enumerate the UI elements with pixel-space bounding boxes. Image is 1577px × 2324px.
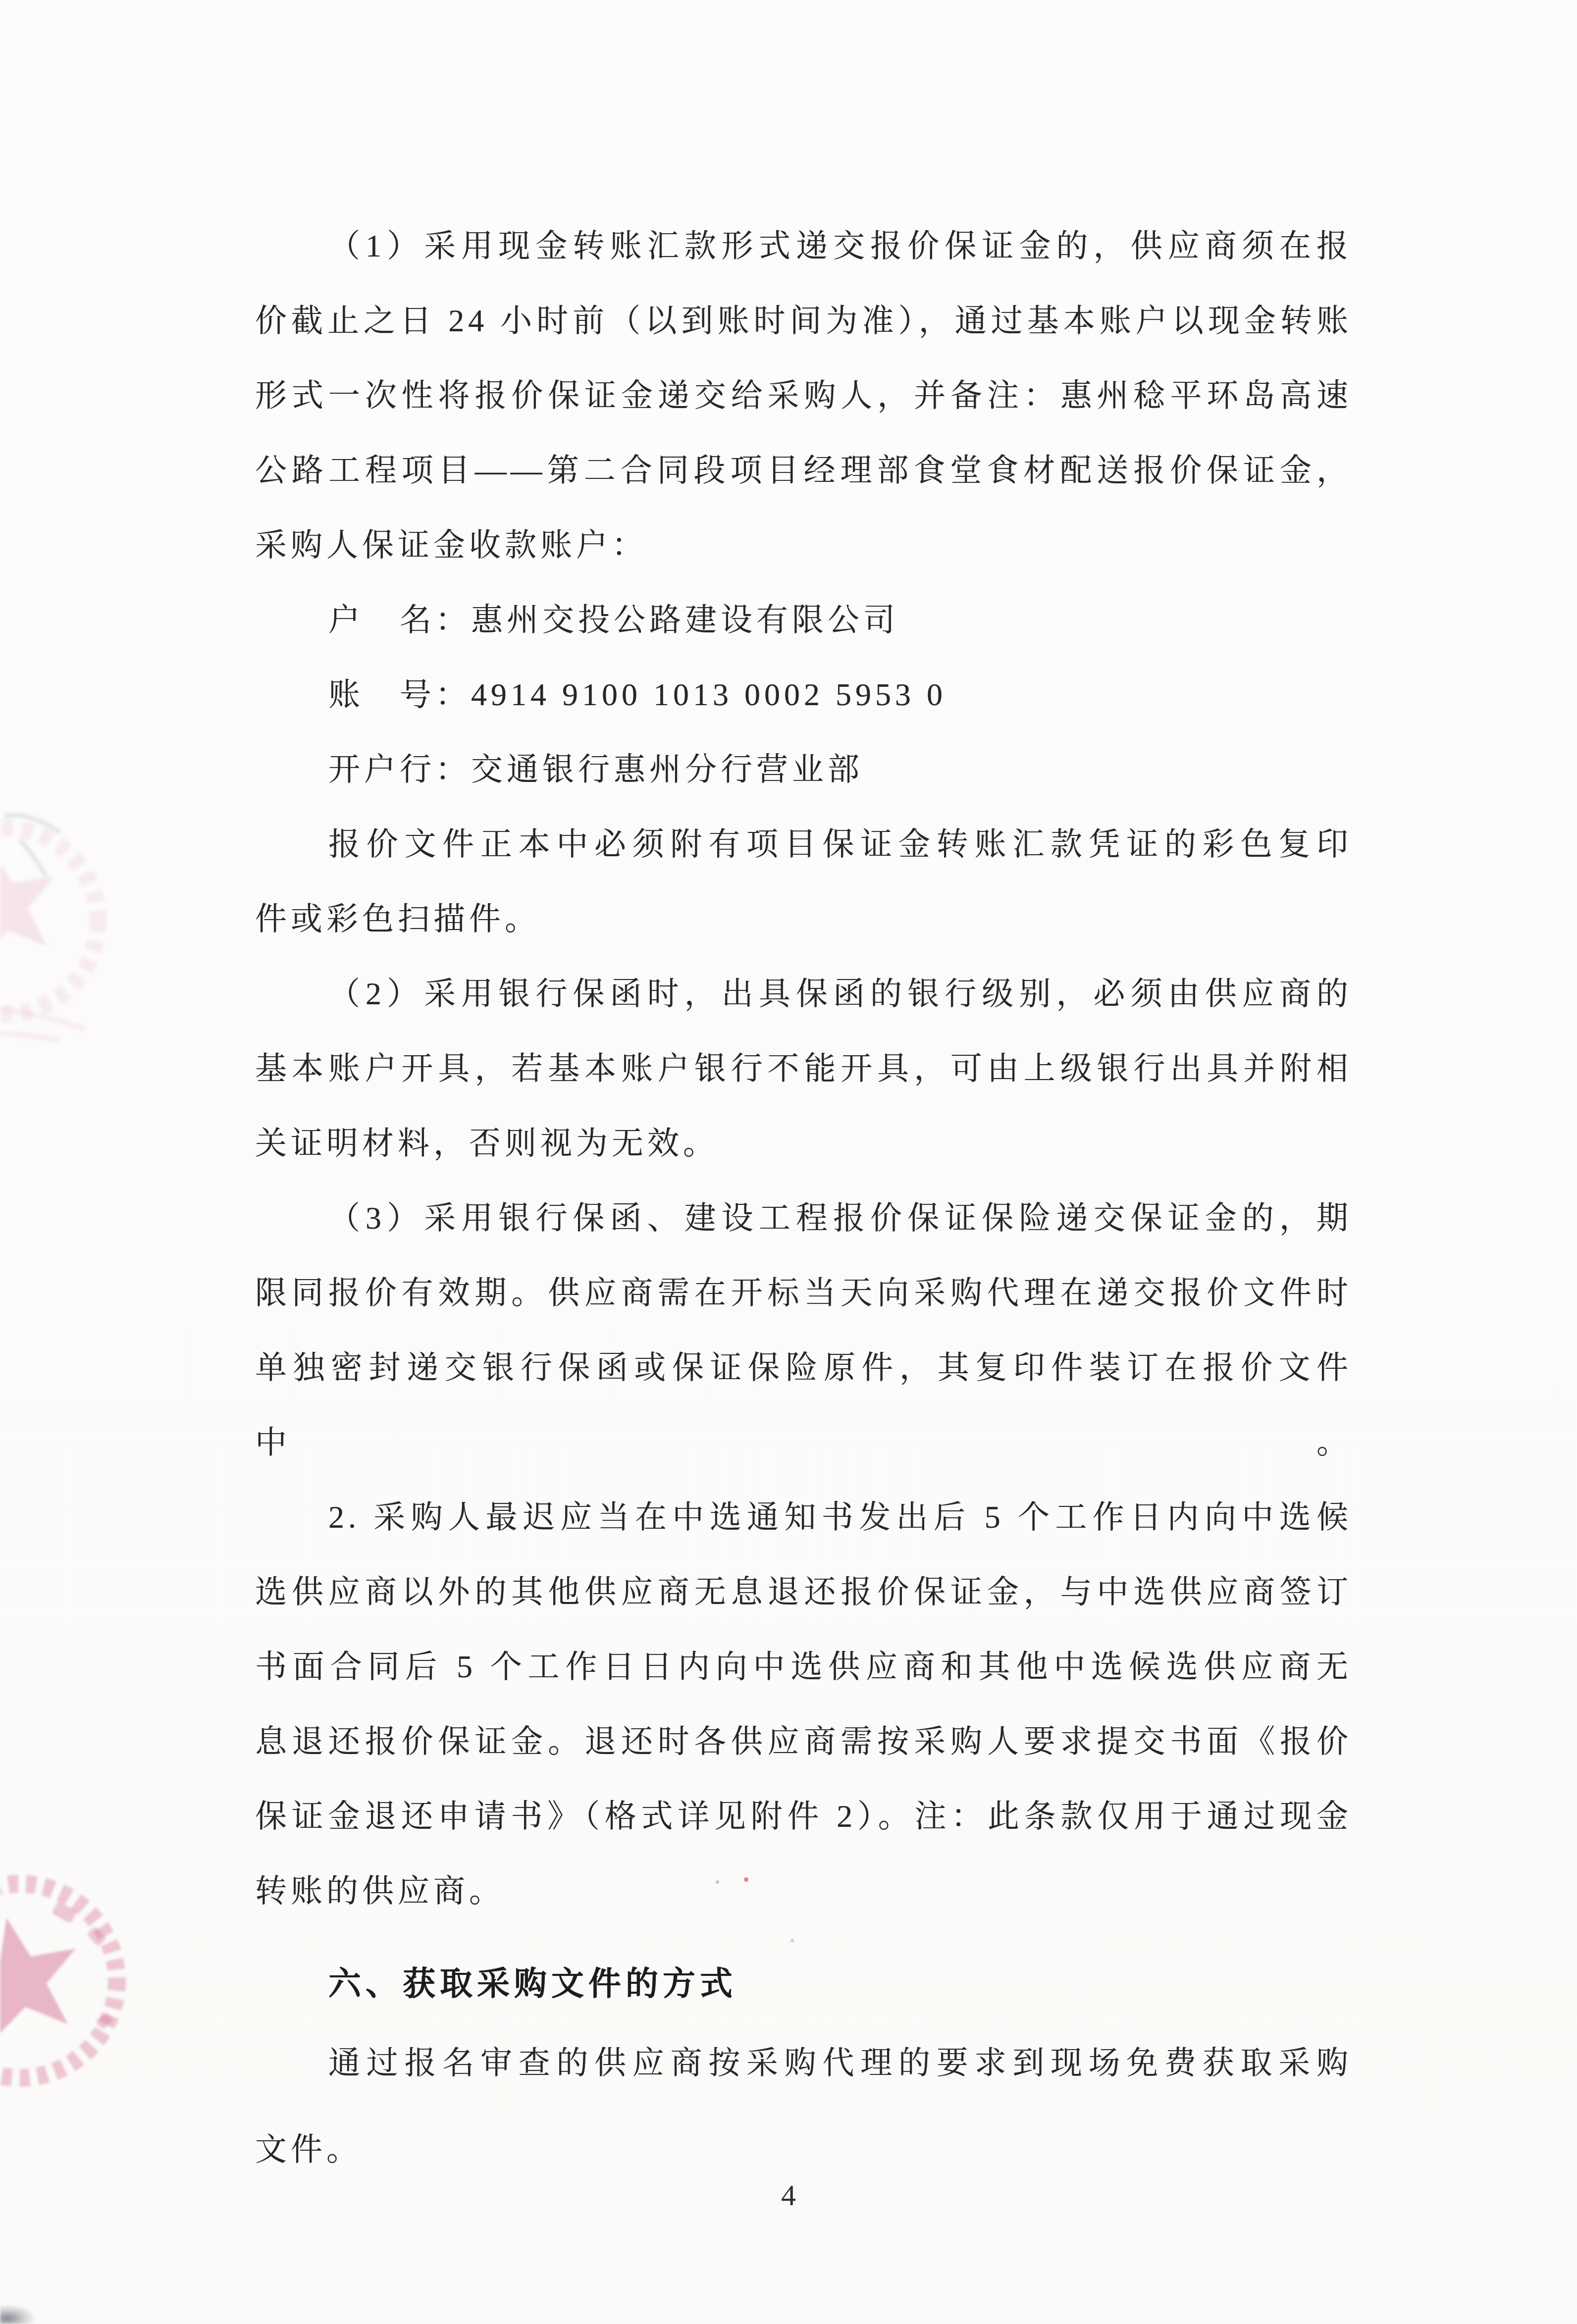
bank-branch-line: 开户行：交通银行惠州分行营业部 xyxy=(255,732,1352,807)
text-line: 转账的供应商。 xyxy=(255,1854,1352,1928)
text-line: 公路工程项目——第二合同段项目经理部食堂食材配送报价保证金， xyxy=(255,433,1352,508)
text-line: 通过报名审查的供应商按采购代理的要求到现场免费获取采购 xyxy=(255,2025,1352,2100)
seal-ring-dashes xyxy=(0,1884,117,2078)
section-heading: 六、获取采购文件的方式 xyxy=(255,1946,1352,2021)
text-line: 文件。 xyxy=(255,2112,1352,2187)
account-number-line: 账 号：4914 9100 1013 0002 5953 0 xyxy=(255,657,1352,732)
account-name-line: 户 名：惠州交投公路建设有限公司 xyxy=(255,582,1352,657)
text-line: 件或彩色扫描件。 xyxy=(255,881,1352,956)
official-seal-bottom-left xyxy=(0,1867,213,2105)
text-line: 形式一次性将报价保证金递交给采购人，并备注：惠州稔平环岛高速 xyxy=(255,358,1352,433)
seal-smudge xyxy=(0,1009,85,1040)
text-line: 价截止之日 24 小时前（以到账时间为准），通过基本账户以现金转账 xyxy=(255,283,1352,358)
text-line: 采购人保证金收款账户： xyxy=(255,508,1352,582)
corner-smudge xyxy=(0,2305,35,2324)
text-line: 书面合同后 5 个工作日日内向中选供应商和其他中选候选供应商无 xyxy=(255,1629,1352,1704)
text-line: 2. 采购人最迟应当在中选通知书发出后 5 个工作日内向中选候 xyxy=(255,1480,1352,1554)
text-line: 基本账户开具，若基本账户银行不能开具，可由上级银行出具并附相 xyxy=(255,1031,1352,1106)
text-line: 息退还报价保证金。退还时各供应商需按采购人要求提交书面《报价 xyxy=(255,1704,1352,1779)
text-line: 关证明材料，否则视为无效。 xyxy=(255,1106,1352,1181)
text-line: （1）采用现金转账汇款形式递交报价保证金的，供应商须在报 xyxy=(255,208,1352,283)
text-line: （3）采用银行保函、建设工程报价保证保险递交保证金的，期 xyxy=(255,1181,1352,1255)
text-line: （2）采用银行保函时，出具保函的银行级别，必须由供应商的 xyxy=(255,956,1352,1031)
text-line: 单独密封递交银行保函或保证保险原件，其复印件装订在报价文件中。 xyxy=(255,1330,1352,1480)
document-page: （1）采用现金转账汇款形式递交报价保证金的，供应商须在报 价截止之日 24 小时… xyxy=(0,0,1577,2324)
text-line: 选供应商以外的其他供应商无息退还报价保证金，与中选供应商签订 xyxy=(255,1554,1352,1629)
page-number: 4 xyxy=(0,2178,1577,2213)
seal-ring-dashes xyxy=(0,828,98,1014)
body-text: （1）采用现金转账汇款形式递交报价保证金的，供应商须在报 价截止之日 24 小时… xyxy=(255,208,1352,2187)
text-line: 报价文件正本中必须附有项目保证金转账汇款凭证的彩色复印 xyxy=(255,807,1352,881)
text-line: 限同报价有效期。供应商需在开标当天向采购代理在递交报价文件时 xyxy=(255,1255,1352,1330)
seal-character-marks xyxy=(52,1901,114,2030)
official-seal-top-left-faint xyxy=(0,807,208,1065)
pencil-mark xyxy=(5,815,60,876)
star-icon xyxy=(0,1918,76,2040)
text-line: 保证金退还申请书》（格式详见附件 2）。注：此条款仅用于通过现金 xyxy=(255,1779,1352,1854)
star-icon xyxy=(0,848,54,961)
